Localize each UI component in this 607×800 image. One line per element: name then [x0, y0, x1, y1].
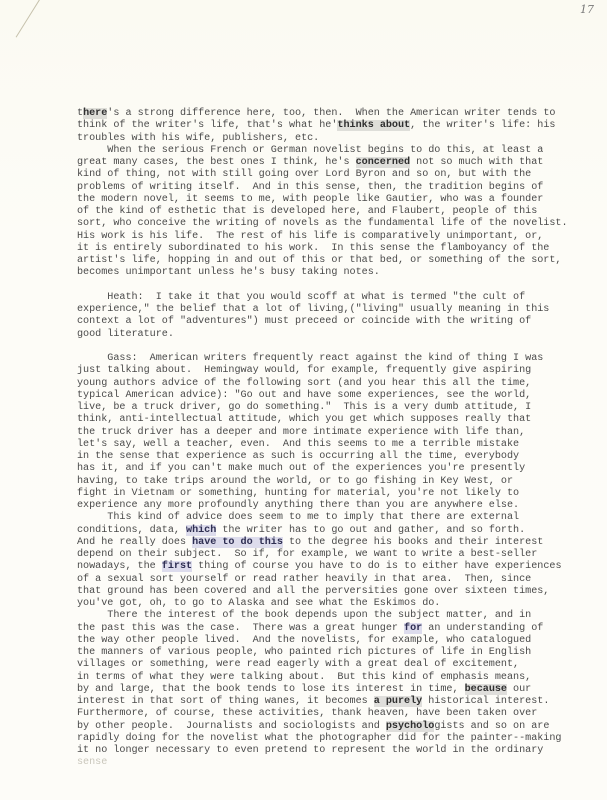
text-line: interest in that sort of thing wanes, it… [77, 696, 597, 708]
highlighted-text: here [83, 108, 107, 119]
text-line: becomes unimportant unless he's busy tak… [77, 267, 597, 279]
text-line: villages or something, were read eagerly… [77, 659, 597, 671]
text-line: the past this was the case. There was a … [77, 623, 597, 635]
text-line: in the sense that experience as such is … [77, 451, 597, 463]
paragraph-gap [77, 280, 597, 292]
text-line: think, anti-intellectual attitude, which… [77, 414, 597, 426]
text-line: has it, and if you can't make much out o… [77, 463, 597, 475]
text-line: just talking about. Hemingway would, for… [77, 365, 597, 377]
text-line: artist's life, hopping in and out of thi… [77, 255, 597, 267]
text-line: it is entirely subordinated to his work.… [77, 243, 597, 255]
text-line: rapidly doing for the novelist what the … [77, 733, 597, 745]
highlighted-text: a purely [374, 696, 422, 707]
text-line: there's a strong difference here, too, t… [77, 108, 597, 120]
text-line: by and large, that the book tends to los… [77, 684, 597, 696]
text-line: fight in Vietnam or something, hunting f… [77, 488, 597, 500]
text-line: sense [77, 757, 597, 769]
text-line: young authors advice of the following so… [77, 378, 597, 390]
text-line: you've got, oh, to go to Alaska and see … [77, 598, 597, 610]
text-line: by other people. Journalists and sociolo… [77, 721, 597, 733]
text-line: This kind of advice does seem to me to i… [77, 512, 597, 524]
text-line: great many cases, the best ones I think,… [77, 157, 597, 169]
highlighted-text: which [186, 525, 216, 536]
text-line: Gass: American writers frequently react … [77, 353, 597, 365]
text-line: the truck driver has a deeper and more i… [77, 427, 597, 439]
text-line: There the interest of the book depends u… [77, 610, 597, 622]
typescript-body: there's a strong difference here, too, t… [77, 108, 597, 770]
text-line: sort, who conceive the writing of novels… [77, 218, 597, 230]
text-line: conditions, data, which the writer has t… [77, 525, 597, 537]
text-line: nowadays, the first thing of course you … [77, 561, 597, 573]
text-line: kind of thing, not with still going over… [77, 169, 597, 181]
page-number: 17 [580, 3, 594, 16]
highlighted-text: for [404, 623, 422, 634]
highlighted-text: concerned [356, 157, 411, 168]
highlighted-text: because [465, 684, 507, 695]
text-line: of a sexual sort yourself or read rather… [77, 574, 597, 586]
text-line: having, to take trips around the world, … [77, 476, 597, 488]
text-line: depend on their subject. So if, for exam… [77, 549, 597, 561]
text-line: in terms of what they were talking about… [77, 672, 597, 684]
paragraph-gap [77, 341, 597, 353]
highlighted-text: first [162, 561, 192, 572]
text-line: Heath: I take it that you would scoff at… [77, 292, 597, 304]
text-line: experience," the belief that a lot of li… [77, 304, 597, 316]
text-line: When the serious French or German noveli… [77, 145, 597, 157]
text-line: typical American advice): "Go out and ha… [77, 390, 597, 402]
text-line: let's say, well a teacher, even. And thi… [77, 439, 597, 451]
text-line: live, be a truck driver, go do something… [77, 402, 597, 414]
text-line: it no longer necessary to even pretend t… [77, 745, 597, 757]
text-line: experience any more profoundly anything … [77, 500, 597, 512]
text-line: And he really does have to do this to th… [77, 537, 597, 549]
text-line: Furthermore, of course, these activities… [77, 708, 597, 720]
text-line: the manners of various people, who paint… [77, 647, 597, 659]
text-line: the modern novel, it seems to me, with p… [77, 194, 597, 206]
text-line: troubles with his wife, publishers, etc. [77, 133, 597, 145]
text-line: problems of writing itself. And in this … [77, 182, 597, 194]
highlighted-text: have to do this [192, 537, 283, 548]
text-line: His work is his life. The rest of his li… [77, 231, 597, 243]
text-line: the way other people lived. And the nove… [77, 635, 597, 647]
text-line: that ground has been covered and all the… [77, 586, 597, 598]
text-line: of the kind of esthetic that is develope… [77, 206, 597, 218]
text-line: context a lot of "adventures") must prec… [77, 316, 597, 328]
text-line: think of the writer's life, that's what … [77, 120, 597, 132]
text-line: good literature. [77, 329, 597, 341]
highlighted-text: psycholo [386, 721, 434, 732]
highlighted-text: thinks about [337, 120, 410, 131]
document-page: 17 there's a strong difference here, too… [0, 0, 607, 800]
pencil-mark [16, 0, 41, 38]
